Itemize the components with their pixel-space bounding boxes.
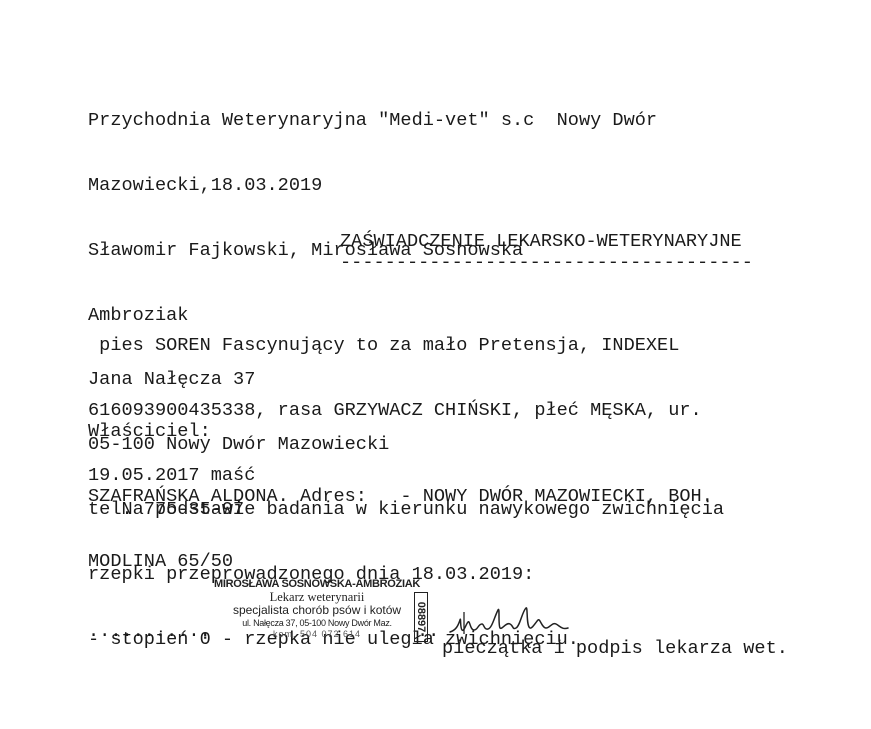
- result-line: Na podstawie badania w kierunku nawykowe…: [88, 499, 724, 521]
- owner-line: Właściciel:: [88, 421, 713, 443]
- stamp-address: ul. Nałęcza 37, 05-100 Nowy Dwór Maz.: [212, 617, 422, 629]
- patient-line: pies SOREN Fascynujący to za mało Preten…: [88, 335, 702, 357]
- header-line: Mazowiecki,18.03.2019: [88, 175, 657, 197]
- header-line: Przychodnia Weterynaryjna "Medi-vet" s.c…: [88, 110, 657, 132]
- signature-caption: pieczątka i podpis lekarza wet.: [442, 638, 788, 660]
- title-underline: -------------------------------------: [340, 252, 753, 274]
- veterinarian-stamp: MIROSŁAWA SOSNOWSKA-AMBROZIAK Lekarz wet…: [212, 578, 422, 640]
- document-title: ZAŚWIADCZENIE LEKARSKO-WETERYNARYJNE: [340, 231, 742, 253]
- handwritten-signature: [448, 600, 578, 640]
- certificate-page: Przychodnia Weterynaryjna "Medi-vet" s.c…: [0, 0, 871, 729]
- stamp-phone: kom. 504 072 614: [212, 629, 422, 640]
- signature-dots-right: ..: [417, 621, 439, 643]
- stamp-specialty: specjalista chorób psów i kotów: [212, 604, 422, 617]
- signature-dots-left: ...........: [88, 621, 211, 643]
